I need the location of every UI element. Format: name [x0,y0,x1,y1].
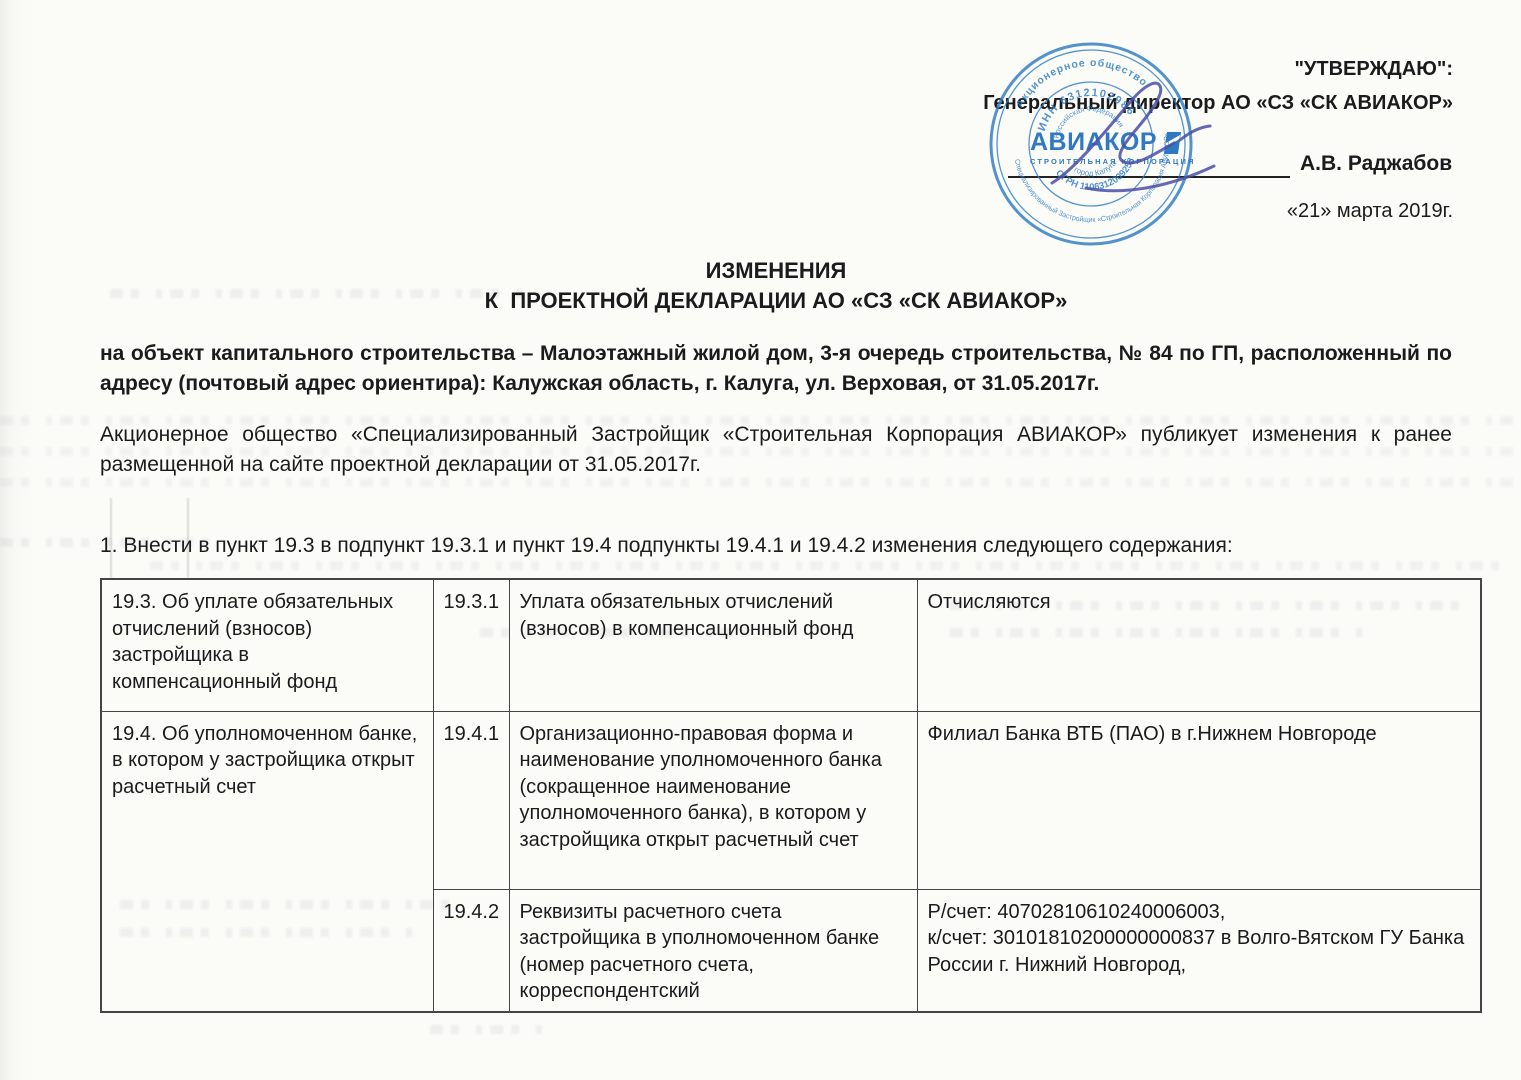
table-row: 19.3. Об уплате обязательных отчислений … [101,579,1481,711]
account-line-r: Р/счет: 40702810610240006003, [928,899,1471,926]
amendments-table: 19.3. Об уплате обязательных отчислений … [100,578,1482,1013]
cell-code-19-4-1: 19.4.1 [433,711,509,889]
document-page: "УТВЕРЖДАЮ": Генеральный директор АО «СЗ… [0,0,1521,1080]
cell-section-19-4: 19.4. Об уполномоченном банке, в котором… [101,711,433,1012]
document-title: ИЗМЕНЕНИЯ К ПРОЕКТНОЙ ДЕКЛАРАЦИИ АО «СЗ … [100,256,1452,316]
cell-description-19-4-2: Реквизиты расчетного счета застройщика в… [509,889,917,1012]
title-line-2: К ПРОЕКТНОЙ ДЕКЛАРАЦИИ АО «СЗ «СК АВИАКО… [100,286,1452,316]
cell-value-19-4-2: Р/счет: 40702810610240006003, к/счет: 30… [917,889,1481,1012]
paragraph-publisher: Акционерное общество «Специализированный… [100,420,1452,480]
approval-date: «21» марта 2019г. [1287,200,1453,223]
title-line-1: ИЗМЕНЕНИЯ [100,256,1452,286]
cell-description-19-4-1: Организационно-правовая форма и наименов… [509,711,917,889]
signer-name: А.В. Раджабов [1300,152,1452,176]
cell-code-19-3-1: 19.3.1 [433,579,509,711]
cell-code-19-4-2: 19.4.2 [433,889,509,1012]
cell-value-19-3-1: Отчисляются [917,579,1481,711]
cell-value-19-4-1: Филиал Банка ВТБ (ПАО) в г.Нижнем Новгор… [917,711,1481,889]
approve-label: "УТВЕРЖДАЮ": [1294,58,1453,81]
account-line-k: к/счет: 30101810200000000837 в Волго-Вят… [928,925,1471,978]
amendment-item-1: 1. Внести в пункт 19.3 в подпункт 19.3.1… [100,532,1490,560]
paragraph-object-description: на объект капитального строительства – М… [100,339,1452,399]
handwritten-signature [1032,68,1252,208]
cell-section-19-3: 19.3. Об уплате обязательных отчислений … [101,579,433,711]
cell-description-19-3-1: Уплата обязательных отчислений (взносов)… [509,579,917,711]
table-row: 19.4. Об уполномоченном банке, в котором… [101,711,1481,889]
